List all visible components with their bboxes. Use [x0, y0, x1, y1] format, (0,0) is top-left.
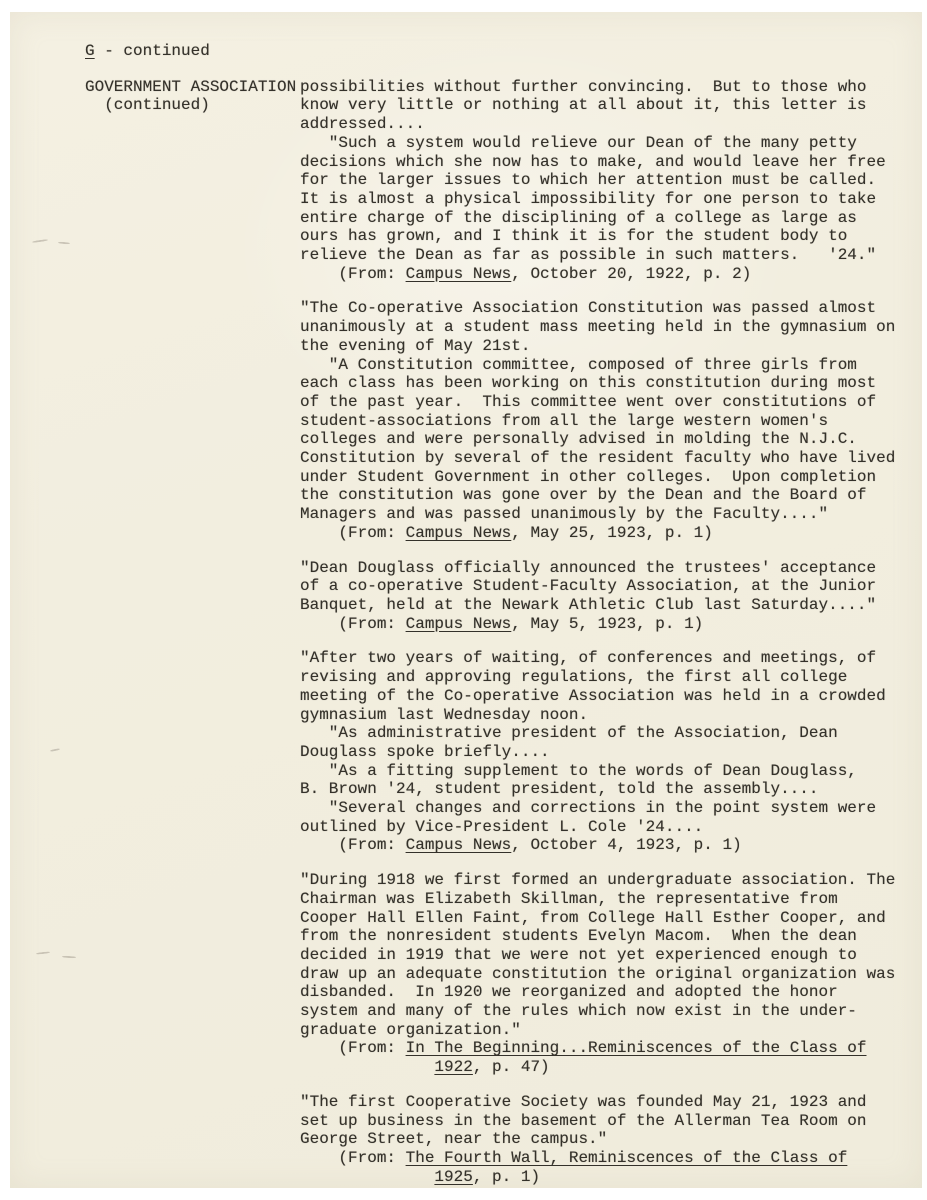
text-run: "The Co-operative Association Constituti…	[300, 299, 876, 317]
text-line: from the nonresident students Evelyn Mac…	[300, 927, 902, 946]
text-run	[300, 1168, 434, 1186]
text-run: addressed....	[300, 115, 425, 133]
text-run: "The first Cooperative Society was found…	[300, 1093, 867, 1111]
underlined-text-run: Campus News	[406, 265, 512, 283]
text-run: B. Brown '24, student president, told th…	[300, 780, 818, 798]
text-run: decided in 1919 that we were not yet exp…	[300, 946, 857, 964]
text-run: , p. 1)	[473, 1168, 540, 1186]
text-run: for the larger issues to which her atten…	[300, 171, 876, 189]
text-line: outlined by Vice-President L. Cole '24..…	[300, 818, 902, 837]
text-line: the constitution was gone over by the De…	[300, 486, 902, 505]
pencil-mark	[50, 748, 60, 752]
text-line: Douglass spoke briefly....	[300, 743, 902, 762]
text-run: It is almost a physical impossibility fo…	[300, 190, 876, 208]
text-line: (From: Campus News, May 5, 1923, p. 1)	[300, 615, 902, 634]
body-column: possibilities without further convincing…	[300, 78, 902, 1187]
text-run: (From:	[300, 524, 406, 542]
text-line: "Several changes and corrections in the …	[300, 799, 902, 818]
text-line: Chairman was Elizabeth Skillman, the rep…	[300, 890, 902, 909]
text-line: "A Constitution committee, composed of t…	[300, 356, 902, 375]
text-line: of the past year. This committee went ov…	[300, 393, 902, 412]
text-run: (From:	[300, 836, 406, 854]
text-line: (From: Campus News, May 25, 1923, p. 1)	[300, 524, 902, 543]
text-run: meeting of the Co-operative Association …	[300, 687, 886, 705]
text-run: Cooper Hall Ellen Faint, from College Ha…	[300, 909, 886, 927]
text-run: of a co-operative Student-Faculty Associ…	[300, 577, 876, 595]
text-run: (From:	[300, 1039, 406, 1057]
pencil-mark	[32, 239, 48, 243]
pencil-mark	[58, 242, 70, 245]
text-line: the evening of May 21st.	[300, 337, 902, 356]
text-line: 1925, p. 1)	[300, 1168, 902, 1187]
underlined-text-run: 1922	[434, 1058, 472, 1076]
text-line: Cooper Hall Ellen Faint, from College Ha…	[300, 909, 902, 928]
text-line: (From: Campus News, October 20, 1922, p.…	[300, 265, 902, 284]
text-line: "During 1918 we first formed an undergra…	[300, 871, 902, 890]
paper-page: G - continued GOVERNMENT ASSOCIATION (co…	[10, 12, 922, 1188]
underlined-text-run: The Fourth Wall, Reminiscences of the Cl…	[406, 1149, 848, 1167]
pencil-mark	[36, 951, 50, 954]
text-run: under Student Government in other colleg…	[300, 468, 876, 486]
section-letter-heading: G - continued	[85, 42, 902, 61]
text-run: , p. 47)	[473, 1058, 550, 1076]
document-scan: G - continued GOVERNMENT ASSOCIATION (co…	[0, 0, 927, 1200]
text-line: meeting of the Co-operative Association …	[300, 687, 902, 706]
text-run: , May 5, 1923, p. 1)	[511, 615, 703, 633]
text-run: Managers and was passed unanimously by t…	[300, 505, 828, 523]
text-line: B. Brown '24, student president, told th…	[300, 780, 902, 799]
text-line: possibilities without further convincing…	[300, 78, 902, 97]
text-run: , October 4, 1923, p. 1)	[511, 836, 741, 854]
quote-block: "During 1918 we first formed an undergra…	[300, 871, 902, 1077]
quote-block: "The first Cooperative Society was found…	[300, 1093, 902, 1187]
text-line: "As administrative president of the Asso…	[300, 724, 902, 743]
text-run: the constitution was gone over by the De…	[300, 486, 867, 504]
text-run: , May 25, 1923, p. 1)	[511, 524, 713, 542]
text-run: George Street, near the campus."	[300, 1130, 607, 1148]
text-line: student-associations from all the large …	[300, 412, 902, 431]
text-line: under Student Government in other colleg…	[300, 468, 902, 487]
page-content: G - continued GOVERNMENT ASSOCIATION (co…	[85, 42, 902, 1186]
quote-block: "After two years of waiting, of conferen…	[300, 649, 902, 855]
text-run: relieve the Dean as far as possible in s…	[300, 246, 876, 264]
text-run: unanimously at a student mass meeting he…	[300, 318, 895, 336]
text-run: possibilities without further convincing…	[300, 78, 867, 96]
text-run: draw up an adequate constitution the ori…	[300, 965, 895, 983]
text-line: "The Co-operative Association Constituti…	[300, 299, 902, 318]
text-run: set up business in the basement of the A…	[300, 1112, 867, 1130]
text-run: "A Constitution committee, composed of t…	[300, 356, 857, 374]
text-run: student-associations from all the large …	[300, 412, 828, 430]
text-run: "As administrative president of the Asso…	[300, 724, 838, 742]
pencil-mark	[62, 956, 76, 959]
text-run: from the nonresident students Evelyn Mac…	[300, 927, 857, 945]
text-line: It is almost a physical impossibility fo…	[300, 190, 902, 209]
text-run: colleges and were personally advised in …	[300, 430, 857, 448]
text-line: "As a fitting supplement to the words of…	[300, 762, 902, 781]
quote-block: "The Co-operative Association Constituti…	[300, 299, 902, 542]
text-line: draw up an adequate constitution the ori…	[300, 965, 902, 984]
sidebar-subtitle: (continued)	[85, 96, 300, 115]
text-line: entire charge of the disciplining of a c…	[300, 209, 902, 228]
text-line: "After two years of waiting, of conferen…	[300, 649, 902, 668]
text-run: - continued	[95, 42, 210, 60]
text-run: Constitution by several of the resident …	[300, 449, 895, 467]
text-run: of the past year. This committee went ov…	[300, 393, 876, 411]
text-line: system and many of the rules which now e…	[300, 1002, 902, 1021]
text-line: decided in 1919 that we were not yet exp…	[300, 946, 902, 965]
text-run: , October 20, 1922, p. 2)	[511, 265, 751, 283]
text-run: (From:	[300, 265, 406, 283]
text-line: gymnasium last Wednesday noon.	[300, 706, 902, 725]
text-run: Banquet, held at the Newark Athletic Clu…	[300, 596, 876, 614]
text-line: George Street, near the campus."	[300, 1130, 902, 1149]
text-run: "Such a system would relieve our Dean of…	[300, 134, 857, 152]
text-run: decisions which she now has to make, and…	[300, 153, 886, 171]
text-run: ours has grown, and I think it is for th…	[300, 227, 847, 245]
text-run: the evening of May 21st.	[300, 337, 530, 355]
text-line: for the larger issues to which her atten…	[300, 171, 902, 190]
text-run: revising and approving regulations, the …	[300, 668, 847, 686]
underlined-text-run: In The Beginning...Reminiscences of the …	[406, 1039, 867, 1057]
text-line: set up business in the basement of the A…	[300, 1112, 902, 1131]
text-line: know very little or nothing at all about…	[300, 96, 902, 115]
text-line: decisions which she now has to make, and…	[300, 153, 902, 172]
underlined-text-run: G	[85, 42, 95, 60]
text-line: (From: Campus News, October 4, 1923, p. …	[300, 836, 902, 855]
text-run: system and many of the rules which now e…	[300, 1002, 857, 1020]
text-line: disbanded. In 1920 we reorganized and ad…	[300, 983, 902, 1002]
text-run: "During 1918 we first formed an undergra…	[300, 871, 895, 889]
text-run: "Several changes and corrections in the …	[300, 799, 876, 817]
text-run: gymnasium last Wednesday noon.	[300, 706, 588, 724]
text-run: outlined by Vice-President L. Cole '24..…	[300, 818, 703, 836]
text-run: Douglass spoke briefly....	[300, 743, 550, 761]
text-line: ours has grown, and I think it is for th…	[300, 227, 902, 246]
underlined-text-run: Campus News	[406, 836, 512, 854]
text-line: relieve the Dean as far as possible in s…	[300, 246, 902, 265]
text-run: each class has been working on this cons…	[300, 374, 876, 392]
text-line: "The first Cooperative Society was found…	[300, 1093, 902, 1112]
text-run	[300, 1058, 434, 1076]
text-run: know very little or nothing at all about…	[300, 96, 867, 114]
text-run: Chairman was Elizabeth Skillman, the rep…	[300, 890, 838, 908]
text-run: (From:	[300, 615, 406, 633]
text-line: graduate organization."	[300, 1021, 902, 1040]
text-run: disbanded. In 1920 we reorganized and ad…	[300, 983, 838, 1001]
text-run: "Dean Douglass officially announced the …	[300, 559, 876, 577]
underlined-text-run: 1925	[434, 1168, 472, 1186]
text-line: unanimously at a student mass meeting he…	[300, 318, 902, 337]
text-line: Constitution by several of the resident …	[300, 449, 902, 468]
two-column-layout: GOVERNMENT ASSOCIATION (continued) possi…	[85, 78, 902, 1187]
sidebar-title: GOVERNMENT ASSOCIATION	[85, 78, 300, 97]
text-line: "Dean Douglass officially announced the …	[300, 559, 902, 578]
text-line: addressed....	[300, 115, 902, 134]
quote-block: possibilities without further convincing…	[300, 78, 902, 284]
text-run: entire charge of the disciplining of a c…	[300, 209, 857, 227]
text-line: (From: In The Beginning...Reminiscences …	[300, 1039, 902, 1058]
quote-block: "Dean Douglass officially announced the …	[300, 559, 902, 634]
underlined-text-run: Campus News	[406, 524, 512, 542]
text-line: revising and approving regulations, the …	[300, 668, 902, 687]
text-line: (From: The Fourth Wall, Reminiscences of…	[300, 1149, 902, 1168]
text-line: "Such a system would relieve our Dean of…	[300, 134, 902, 153]
sidebar-column: GOVERNMENT ASSOCIATION (continued)	[85, 78, 300, 115]
text-run: (From:	[300, 1149, 406, 1167]
text-line: of a co-operative Student-Faculty Associ…	[300, 577, 902, 596]
text-line: Banquet, held at the Newark Athletic Clu…	[300, 596, 902, 615]
text-run: "As a fitting supplement to the words of…	[300, 762, 857, 780]
text-line: 1922, p. 47)	[300, 1058, 902, 1077]
text-line: colleges and were personally advised in …	[300, 430, 902, 449]
text-run: graduate organization."	[300, 1021, 521, 1039]
text-line: each class has been working on this cons…	[300, 374, 902, 393]
underlined-text-run: Campus News	[406, 615, 512, 633]
text-line: Managers and was passed unanimously by t…	[300, 505, 902, 524]
text-run: "After two years of waiting, of conferen…	[300, 649, 876, 667]
